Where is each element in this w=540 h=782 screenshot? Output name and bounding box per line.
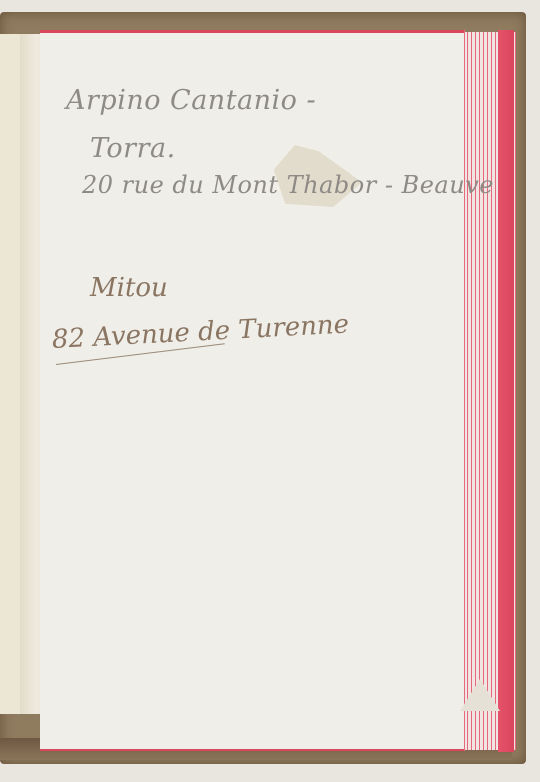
notebook-page: Arpino Cantanio - Torra. 20 rue du Mont … [40,30,464,751]
handwritten-line-2: Torra. [90,133,176,164]
handwritten-line-5: 82 Avenue de Turenne [51,309,350,355]
notebook-photo: Arpino Cantanio - Torra. 20 rue du Mont … [0,0,540,782]
handwritten-line-3: 20 rue du Mont Thabor - Beauve [82,171,494,199]
handwritten-line-1: Arpino Cantanio - [66,85,316,116]
red-page-edges-outer [498,30,514,752]
handwritten-line-4: Mitou [90,273,168,303]
left-flyleaf [0,34,22,714]
